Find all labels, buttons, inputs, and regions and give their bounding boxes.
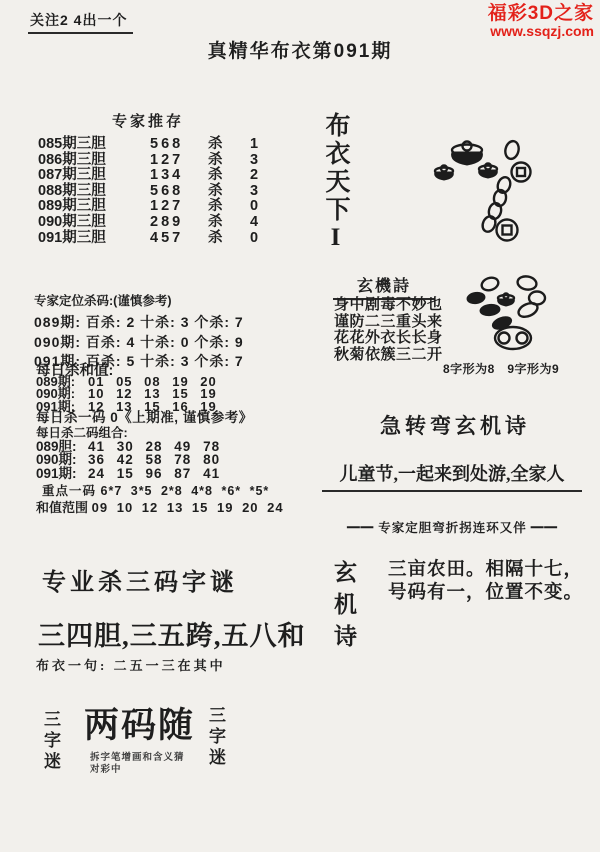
dan-cell: 568 [150,137,208,153]
poem-line: 身中剧毒不妙也 [334,297,443,314]
lottery-tip-sheet: 关注2 4出一个 福彩3D之家 www.ssqzj.com 真精华布衣第091期… [0,0,600,852]
buyi-one-sentence: 布衣一句: 二五一三在其中 [36,655,226,674]
ingots-and-coins-figure [423,128,538,251]
row-label: 089胆: [36,440,88,453]
list-item: 089胆:41 30 28 49 78 [36,440,220,453]
figure-caption: 8字形为8 9字形为9 [443,360,559,377]
kill-value-cell: 0 [250,231,270,247]
position-kill-row: 090期: 百杀: 4 十杀: 0 个杀: 9 [34,333,244,353]
kill-three-riddle-line: 三四胆,三五跨,五八和 [38,614,306,653]
dan-cell: 289 [150,215,208,231]
table-row: 085期三胆568杀1 [38,137,288,153]
sharp-turn-poem-line: 儿童节,一起来到处游,全家人 [322,460,582,492]
buyi-tianxia-title: 布衣天下I [320,112,350,254]
kill-value-cell: 3 [250,184,270,200]
expert-recommend-heading: 专家推存 [38,110,258,131]
kill-value-cell: 4 [250,215,270,231]
bottom-xuanji-title: 玄机诗 [328,560,360,656]
row-label: 090期: [36,453,88,466]
kill-label-cell: 杀 [208,215,250,231]
sharp-turn-poem-heading: 急转弯玄机诗 [340,410,570,440]
poem-line: 三亩农田。相隔十七， [388,557,583,580]
poem-line: 号码有一，位置不变。 [388,580,583,603]
poem-line: 秋菊依簇三二开 [334,347,443,364]
two-code-follow-text: 两码随 [84,698,195,748]
riddle-note: 拆字笔增画和含义猜 对彩中 [90,752,185,776]
row-values: 6*7 3*5 2*8 4*8 *6* *5* [101,484,270,498]
expert-dan-divider-line: ━━ 专家定胆弯折拐连环又伴 ━━ [325,518,580,536]
kill-three-riddle-heading: 专业杀三码字谜 [42,562,238,597]
xuanji-poem-lines: 身中剧毒不妙也 谨防二三重头来 花花外衣长长身 秋菊依簇三二开 [334,297,443,363]
issue-cell: 087期三胆 [38,168,150,184]
kill-value-cell: 2 [250,168,270,184]
kill-label-cell: 杀 [208,231,250,247]
page-title: 真精华布衣第091期 [0,36,600,63]
list-item: 090期:36 42 58 78 80 [36,453,220,466]
issue-cell: 091期三胆 [38,231,150,247]
row-values: 24 15 96 87 41 [88,466,220,481]
focus-note: 关注2 4出一个 [28,10,133,34]
sum-range-line: 和值范围 09 10 12 13 15 19 20 24 [36,497,284,516]
kill-value-cell: 0 [250,199,270,215]
kill-label-cell: 杀 [208,199,250,215]
kill-value-cell: 3 [250,153,270,169]
bottom-xuanji-lines: 三亩农田。相隔十七， 号码有一，位置不变。 [388,557,583,603]
riddle-note-line: 拆字笔增画和含义猜 [90,752,185,764]
issue-cell: 090期三胆 [38,215,150,231]
dan-cell: 134 [150,168,208,184]
table-row: 091期三胆457杀0 [38,231,288,247]
three-char-riddle-right: 三字迷 [205,706,225,769]
row-label: 091期: [36,467,88,480]
issue-cell: 089期三胆 [38,199,150,215]
table-row: 089期三胆127杀0 [38,199,288,215]
site-name: 福彩3D之家 [488,4,594,24]
dan-cell: 127 [150,199,208,215]
position-kill-row: 089期: 百杀: 2 十杀: 3 个杀: 7 [34,313,244,333]
coin-cluster-figure [460,272,565,359]
kill-label-cell: 杀 [208,168,250,184]
row-label: 和值范围 [36,500,88,515]
kill-label-cell: 杀 [208,137,250,153]
dan-cell: 568 [150,184,208,200]
row-label: 重点一码 [42,484,96,498]
site-logo: 福彩3D之家 www.ssqzj.com [488,4,594,39]
row-values: 09 10 12 13 15 19 20 24 [92,500,284,515]
poem-line: 谨防二三重头来 [334,314,443,331]
poem-line: 花花外衣长长身 [334,330,443,347]
position-kill-heading: 专家定位杀码:(谨慎参考) [34,291,244,309]
table-row: 086期三胆127杀3 [38,153,288,169]
kill-label-cell: 杀 [208,153,250,169]
expert-recommend-table: 085期三胆568杀1 086期三胆127杀3 087期三胆134杀2 088期… [38,137,288,246]
dan-cell: 127 [150,153,208,169]
table-row: 090期三胆289杀4 [38,215,288,231]
dan-cell: 457 [150,231,208,247]
issue-cell: 085期三胆 [38,137,150,153]
three-char-riddle-left: 三字迷 [40,710,60,773]
issue-cell: 086期三胆 [38,153,150,169]
table-row: 087期三胆134杀2 [38,168,288,184]
kill-value-cell: 1 [250,137,270,153]
list-item: 091期:24 15 96 87 41 [36,467,220,480]
daily-two-code-rows: 089胆:41 30 28 49 78 090期:36 42 58 78 80 … [36,440,220,480]
riddle-note-line: 对彩中 [90,764,185,776]
